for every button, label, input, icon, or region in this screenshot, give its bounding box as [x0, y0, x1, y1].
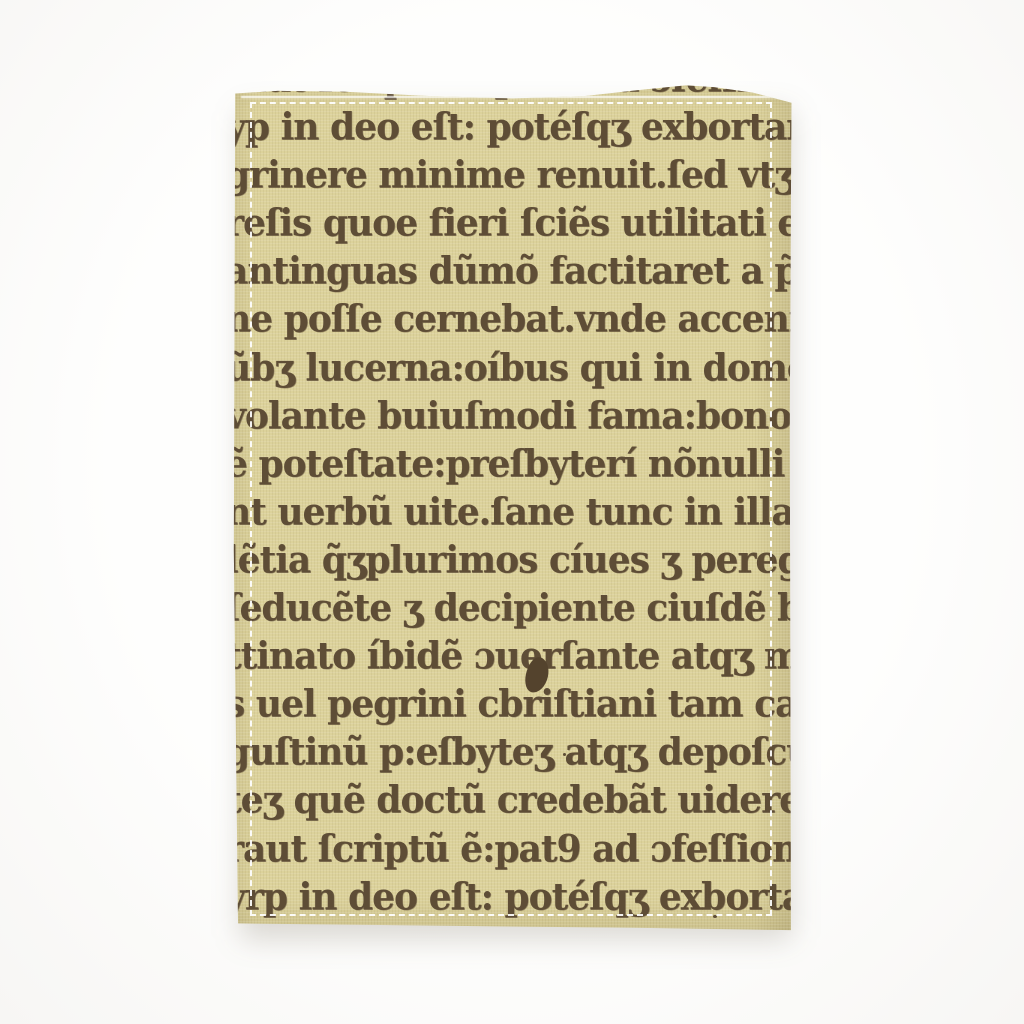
blackletter-text-block: raut ſcriptũ ẽ:pat9 ad ɔfeſſionẽ oi p yp…	[233, 85, 792, 921]
text-line: antinguas dũmõ factitaret a p̃ſby	[233, 246, 792, 296]
ink-speck	[713, 915, 717, 918]
text-line: ne poſſe cernebat.vnde accenſa ʒ	[233, 295, 792, 345]
ink-speck	[563, 753, 566, 756]
text-line: ttinato íbidẽ ɔuerſante atqʒ morant	[233, 631, 792, 681]
ink-speck	[625, 321, 629, 325]
text-line: yrp in deo eſt: potéſqʒ exbortari in	[233, 872, 792, 922]
product-photo: raut ſcriptũ ẽ:pat9 ad ɔfeſſionẽ oi p yp…	[0, 0, 1024, 1024]
text-line: teʒ quẽ doctũ credebãt uideret:ʒ	[233, 775, 792, 825]
text-line: grinere minime renuit.ſed vtʒ etiã	[233, 150, 792, 200]
text-line: ẽ poteſtate:preſbyterí nõnulli corã e	[233, 439, 792, 489]
text-line: guſtinũ p:eſbyteʒ atqʒ depoſcũt:ut	[233, 727, 792, 777]
text-line: reſis quoe fieri ſciẽs utilitati eccleſi	[233, 198, 792, 248]
text-line: s uel pegrini cbriſtiani tam catbolíc	[233, 679, 792, 729]
text-line: raut ſcriptũ ẽ:pat9 ad ɔfeſſionẽ oi p	[233, 824, 792, 874]
text-line: nt uerbũ uite.ſane tunc in illa bypo	[233, 487, 792, 537]
text-line: lẽtia q̃ʒplurimos cíues ʒ peregríno	[233, 535, 792, 585]
text-line: yp in deo eſt: potéſqʒ exbortari in	[233, 102, 792, 152]
text-line: ſeducẽte ʒ decipiente ciuſdẽ bereſie	[233, 583, 792, 633]
text-line: ũbʒ lucerna:oíbus qui in domo erã	[233, 343, 792, 393]
text-line: volante buiuſmodi fama:bono p̃ce	[233, 391, 792, 441]
tea-towel: raut ſcriptũ ẽ:pat9 ad ɔfeſſionẽ oi p yp…	[233, 85, 792, 931]
